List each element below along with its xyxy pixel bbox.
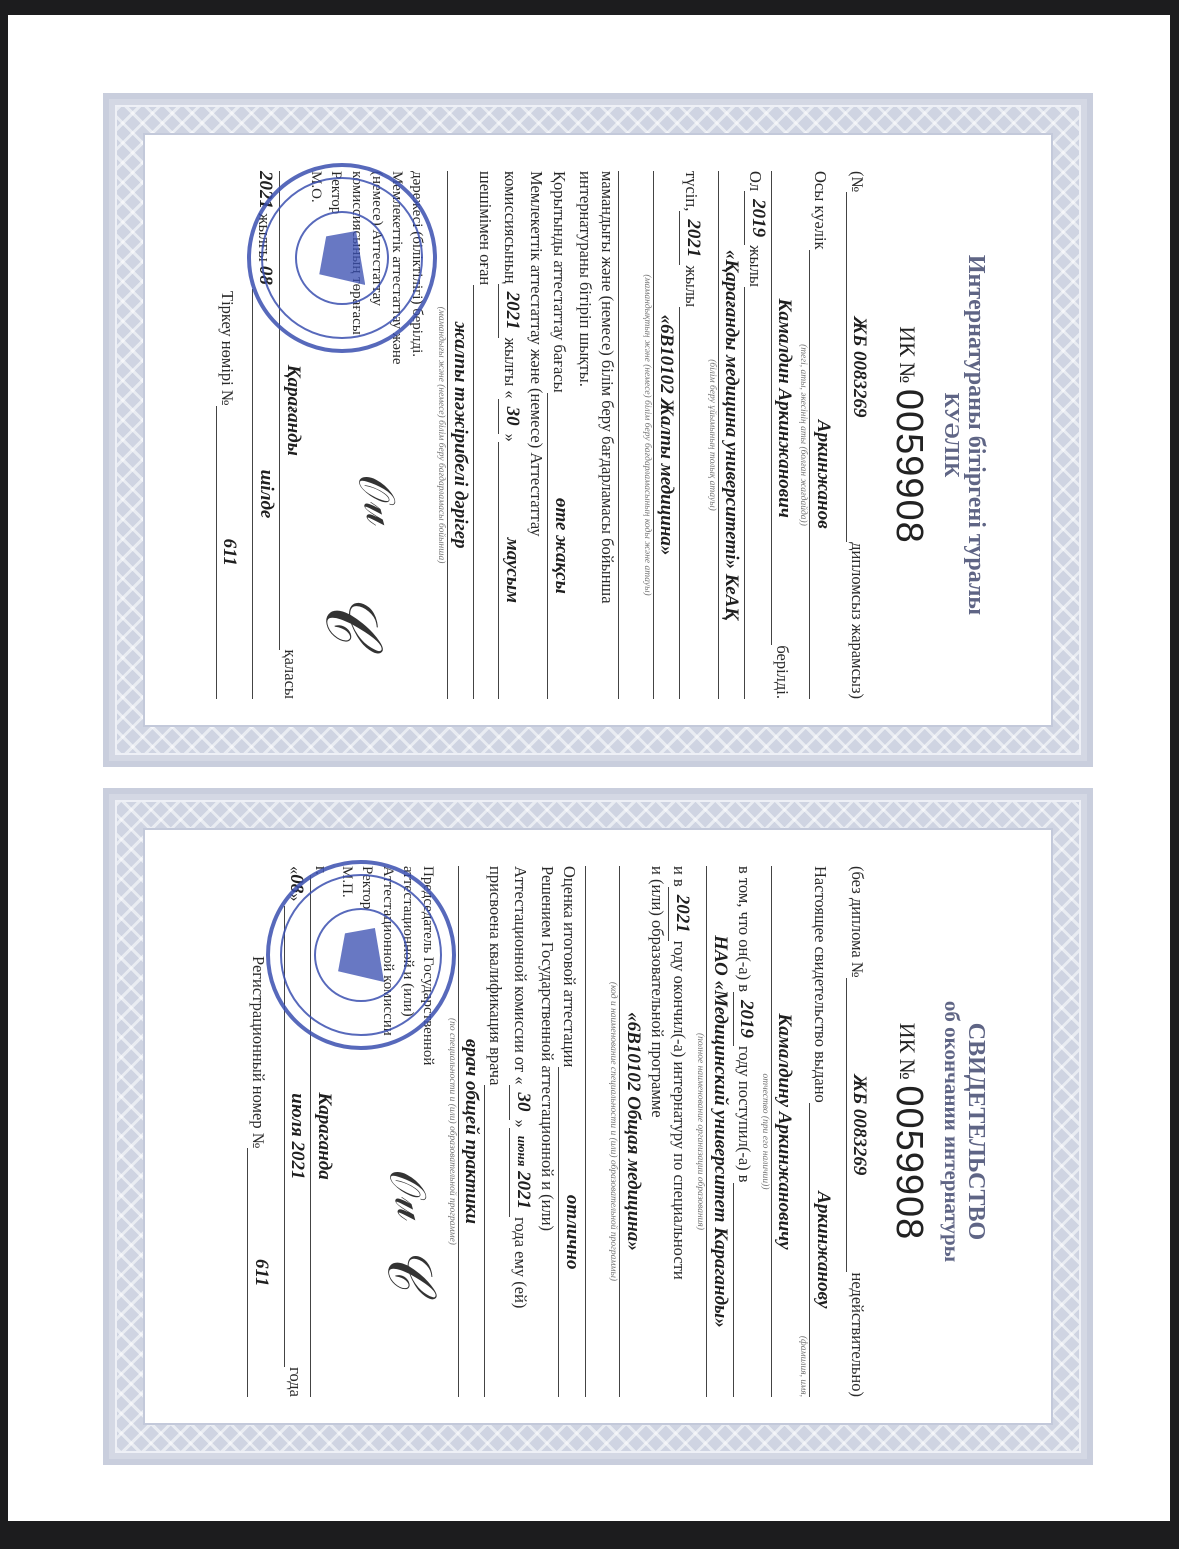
kz-specialty: «6В10102 Жалпы медицина» [653, 171, 680, 699]
kz-issued-row: Осы куәлік Аркинжанов [809, 171, 836, 699]
ru-enter-row: в том, что он(-а) в 2019 году поступил(-… [733, 866, 760, 1397]
kz-specialty-hint: (мамандықтың және (немесе) білім беру ба… [641, 171, 651, 699]
kz-surname: Аркинжанов [809, 250, 836, 699]
ru-grad-prefix: и в [668, 866, 690, 887]
ru-grad-line2: и (или) образовательной программе [646, 866, 668, 1397]
kz-he-label: Ол [744, 171, 766, 191]
ru-decision-day: 30 [509, 1085, 536, 1120]
kz-commission-line1: Мемлекеттік аттестаттау және (немесе) Ат… [525, 171, 547, 699]
certificate-kazakh-panel: Интернатураны бітіргені туралы КУӘЛІК ИК… [103, 93, 1093, 767]
certificate-russian-panel: СВИДЕТЕЛЬСТВО об окончании интернатуры И… [103, 788, 1093, 1465]
ru-decision-line1: Решением Государственной аттестационной … [536, 866, 558, 1397]
ru-surname-hint: (фамилия, имя, [798, 866, 808, 1397]
kz-commission-day: 30 [498, 399, 525, 434]
ru-enter-year: 2019 [733, 992, 760, 1046]
ru-certificate-number: ИК № 0059908 [882, 866, 933, 1397]
kz-title-2: КУӘЛІК [940, 171, 963, 699]
ru-grad-suffix: году окончил(-а) интернатуру по специаль… [668, 941, 690, 1280]
kz-diploma-close: дипломсыз жарамсыз) [846, 542, 868, 699]
ru-date-month: июля [287, 1093, 308, 1137]
ru-diploma-number: ЖБ 0083269 [846, 978, 873, 1273]
kz-decision-label: шешімімен оған [473, 171, 495, 285]
ru-specialty: «6В10102 Общая медицина» [619, 866, 646, 1397]
ru-grad-row: и в 2021 году окончил(-а) интернатуру по… [668, 866, 695, 1397]
official-stamp [266, 860, 456, 1050]
kz-name-patronymic: Камалдин Аркинжанович [771, 171, 798, 645]
ru-title: СВИДЕТЕЛЬСТВО [963, 866, 989, 1397]
ru-diploma-close: недействительно) [846, 1272, 868, 1397]
kz-diploma-open: (№ [846, 171, 868, 192]
kz-ik-number: 0059908 [888, 389, 930, 544]
kz-ik-prefix: ИК № [895, 326, 920, 383]
ru-reg-number: 611 [247, 1148, 274, 1397]
ru-grade-value: отлично [558, 1067, 585, 1397]
ru-assigned-label: присвоена квалификация врача [484, 866, 506, 1085]
ru-decision-month: июня [515, 1136, 530, 1167]
kz-reg-row: Тіркеу нөмірі № 611 [216, 171, 243, 699]
ru-name-patronymic: Камалдину Аркинжановичу [771, 866, 798, 1397]
kz-reg-label: Тіркеу нөмірі № [216, 291, 238, 406]
kz-name-hint: (тегі, аты, әкесінің аты (болған жағдайд… [798, 171, 808, 699]
kz-city-suffix: қаласы [279, 650, 301, 699]
ru-grad-year: 2021 [668, 887, 695, 941]
ru-date-suffix: года [284, 1367, 306, 1397]
scanned-page: Интернатураны бітіргені туралы КУӘЛІК ИК… [8, 15, 1170, 1521]
kz-grad-row: түсіп, 2021 жылы [680, 171, 707, 699]
kz-university-hint: (білім беру ұйымының толық атауы) [706, 171, 716, 699]
ru-decision-month-year: июня 2021 [509, 1128, 536, 1217]
ru-decision-prefix: Аттестационной комиссии от « [509, 866, 531, 1085]
kz-diploma-number: ЖБ 0083269 [846, 192, 873, 542]
kz-commission-year-suffix: жылғы « [498, 338, 520, 399]
kz-signature-block: дәрежесі (біліктілігі) берілді. Мемлекет… [216, 171, 427, 699]
kz-grad-year-suffix: жылы [680, 265, 702, 307]
kz-grad-year: 2021 [680, 211, 707, 265]
ru-specialty-hint: (код и наименование специальности и (или… [608, 866, 618, 1397]
ru-issued-row: Настоящее свидетельство выдано Аркинжано… [809, 866, 836, 1397]
kz-title: Интернатураны бітіргені туралы [963, 171, 989, 699]
kz-university: «Қарағанды медицина университеті» КеАҚ [718, 171, 745, 699]
kz-enter-year: 2019 [744, 191, 771, 245]
kz-commission-year: 2021 [498, 284, 525, 338]
kz-qualification-hint: (мамандығы және (немесе) білім беру бағд… [435, 171, 445, 699]
ru-diploma-row: (без диплома № ЖБ 0083269 недействительн… [846, 866, 873, 1397]
ru-university: НАО «Медицинский университет Караганды» [706, 866, 733, 1397]
kz-grade-value: өте жақсы [547, 393, 574, 699]
ru-grade-label: Оценка итоговой аттестации [558, 866, 580, 1067]
university-emblem-icon [319, 231, 365, 285]
ru-enter-suffix: году поступил(-а) в [733, 1046, 755, 1183]
kz-commission-day-suffix: » [498, 434, 520, 442]
ru-issued-label: Настоящее свидетельство выдано [809, 866, 831, 1103]
ru-name-hint: отчество (при его наличии)) [759, 866, 769, 1397]
kz-reg-number: 611 [216, 406, 243, 699]
ru-diploma-open: (без диплома № [846, 866, 868, 978]
kz-enter-year-suffix: жылы [744, 245, 766, 287]
kz-issued-suffix: берілді. [771, 645, 793, 699]
ru-signature-block: Председатель Государственной аттестацион… [247, 866, 438, 1397]
kz-grade-row: Қорытынды аттестаттау бағасы өте жақсы [547, 171, 574, 699]
kz-enter-row: Ол 2019 жылы [744, 171, 771, 699]
official-stamp [247, 163, 437, 353]
ru-ik-number: 0059908 [888, 1085, 930, 1240]
kz-line-program: мамандығы және (немесе) білім беру бағда… [596, 171, 618, 699]
kz-line-finished: интернатураны бітіріп шықты. [574, 171, 596, 699]
kz-commission-label: комиссиясының [498, 171, 520, 284]
ru-decision-year: 2021 [513, 1171, 534, 1209]
kz-name-row: Камалдин Аркинжанович берілді. [771, 171, 798, 699]
kz-date-month: шілде [252, 289, 279, 699]
ru-date-year: 2021 [287, 1142, 308, 1180]
ru-grade-row: Оценка итоговой аттестации отлично [558, 866, 585, 1397]
ru-qualification: врач общей практики [458, 866, 485, 1397]
ru-university-hint: (полное наименование организации образов… [695, 866, 705, 1397]
ru-enter-label: в том, что он(-а) в [733, 866, 755, 992]
ru-decision-suffix: года ему (ей) [509, 1217, 531, 1308]
ru-ik-prefix: ИК № [895, 1023, 920, 1080]
university-emblem-icon [338, 928, 384, 982]
kz-commission-month: маусым [498, 442, 525, 699]
ru-decision-row: Аттестационной комиссии от « 30 » июня 2… [509, 866, 536, 1397]
kz-certificate-number: ИК № 0059908 [882, 171, 933, 699]
kz-commission-row: комиссиясының 2021 жылғы « 30 » маусым [498, 171, 525, 699]
ru-surname: Аркинжанову [809, 1103, 836, 1397]
kz-diploma-row: (№ ЖБ 0083269 дипломсыз жарамсыз) [846, 171, 873, 699]
kz-qualification: жалпы тәжірибелі дәрігер [447, 171, 474, 699]
ru-assigned-row: присвоена квалификация врача [484, 866, 509, 1397]
kz-decision-row: шешімімен оған [473, 171, 498, 699]
ru-title-2: об окончании интернатуры [940, 866, 963, 1397]
ru-reg-label: Регистрационный номер № [247, 956, 269, 1148]
kz-entered-label: түсіп, [680, 171, 702, 211]
kz-grade-label: Қорытынды аттестаттау бағасы [547, 171, 569, 393]
kz-issued-label: Осы куәлік [809, 171, 831, 250]
